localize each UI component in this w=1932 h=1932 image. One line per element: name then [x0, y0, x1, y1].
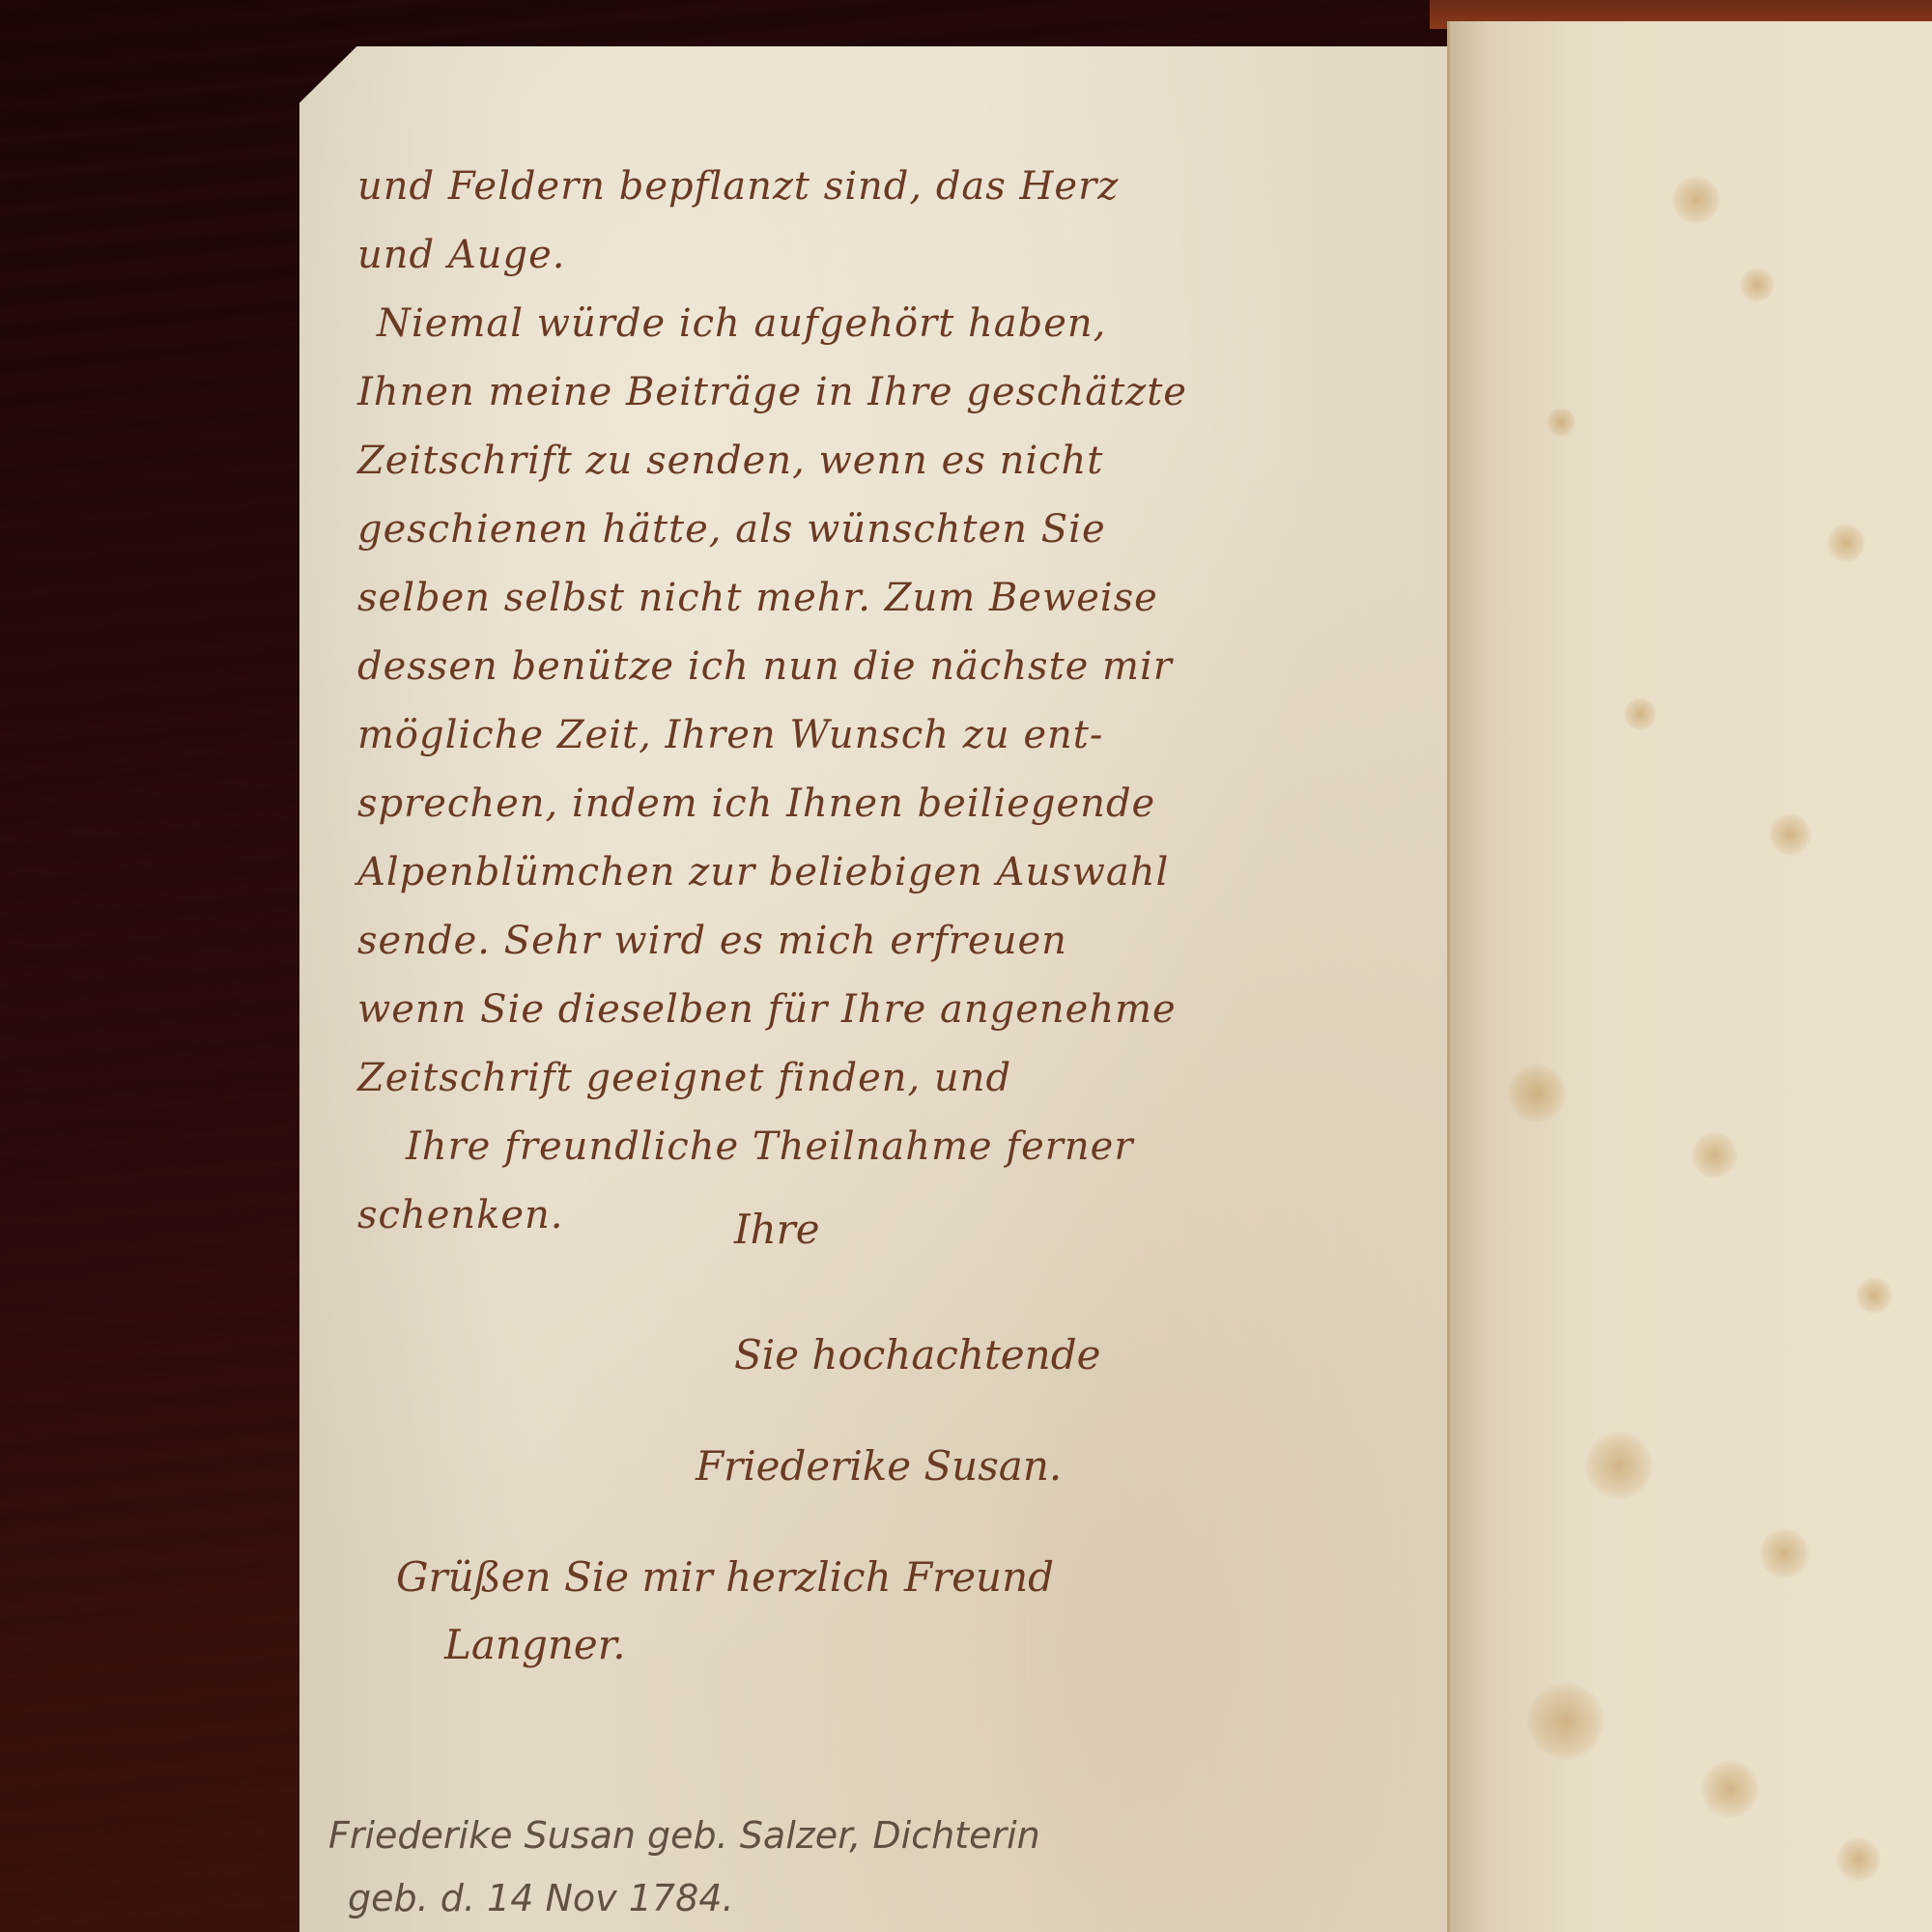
- foxing-stain: [1836, 1837, 1881, 1882]
- letter-body: und Feldern bepflanzt sind, das Herz und…: [357, 153, 1420, 1250]
- pencil-annotation: Friederike Susan geb. Salzer, Dichterin: [328, 1814, 1040, 1857]
- foxing-stain: [1691, 1132, 1738, 1179]
- letter-line: Zeitschrift zu senden, wenn es nicht: [357, 427, 1420, 496]
- closing-salutation: Ihre: [734, 1206, 820, 1253]
- closing-phrase: Sie hochachtende: [734, 1331, 1100, 1378]
- signature: Friederike Susan.: [696, 1442, 1062, 1490]
- letter-line: Ihnen meine Beiträge in Ihre geschätzte: [357, 358, 1420, 427]
- foxing-stain: [1769, 813, 1811, 856]
- letter-line: sende. Sehr wird es mich erfreuen: [357, 907, 1420, 976]
- letter-line: Zeitschrift geeignet finden, und: [357, 1044, 1420, 1113]
- letter-line: Ihre freundliche Theilnahme ferner: [357, 1113, 1420, 1181]
- letter-page: und Feldern bepflanzt sind, das Herz und…: [299, 46, 1447, 1932]
- foxing-stain: [1527, 1683, 1605, 1760]
- letter-line: Niemal würde ich aufgehört haben,: [357, 290, 1420, 358]
- right-blank-page: [1447, 21, 1932, 1932]
- postscript-line: Grüßen Sie mir herzlich Freund: [396, 1553, 1054, 1601]
- foxing-stain: [1624, 697, 1657, 730]
- pencil-annotation: geb. d. 14 Nov 1784.: [348, 1877, 734, 1919]
- postscript-line: Langner.: [444, 1621, 626, 1668]
- letter-line: wenn Sie dieselben für Ihre angenehme: [357, 976, 1420, 1044]
- foxing-stain: [1672, 176, 1720, 224]
- foxing-stain: [1547, 408, 1576, 437]
- foxing-stain: [1508, 1065, 1566, 1122]
- letter-line: Alpenblümchen zur beliebigen Auswahl: [357, 838, 1420, 907]
- foxing-stain: [1740, 268, 1775, 302]
- letter-line: schenken.: [357, 1181, 1420, 1250]
- letter-line: sprechen, indem ich Ihnen beiliegende: [357, 770, 1420, 838]
- foxing-stain: [1759, 1528, 1809, 1578]
- foxing-stain: [1827, 524, 1865, 562]
- letter-line: dessen benütze ich nun die nächste mir: [357, 633, 1420, 701]
- letter-line: und Auge.: [357, 221, 1420, 290]
- letter-line: geschienen hätte, als wünschten Sie: [357, 496, 1420, 564]
- foxing-stain: [1856, 1277, 1892, 1314]
- letter-line: selben selbst nicht mehr. Zum Beweise: [357, 564, 1420, 633]
- foxing-stain: [1701, 1760, 1759, 1818]
- foxing-stain: [1585, 1432, 1653, 1499]
- letter-line: mögliche Zeit, Ihren Wunsch zu ent-: [357, 701, 1420, 770]
- letter-line: und Feldern bepflanzt sind, das Herz: [357, 153, 1420, 221]
